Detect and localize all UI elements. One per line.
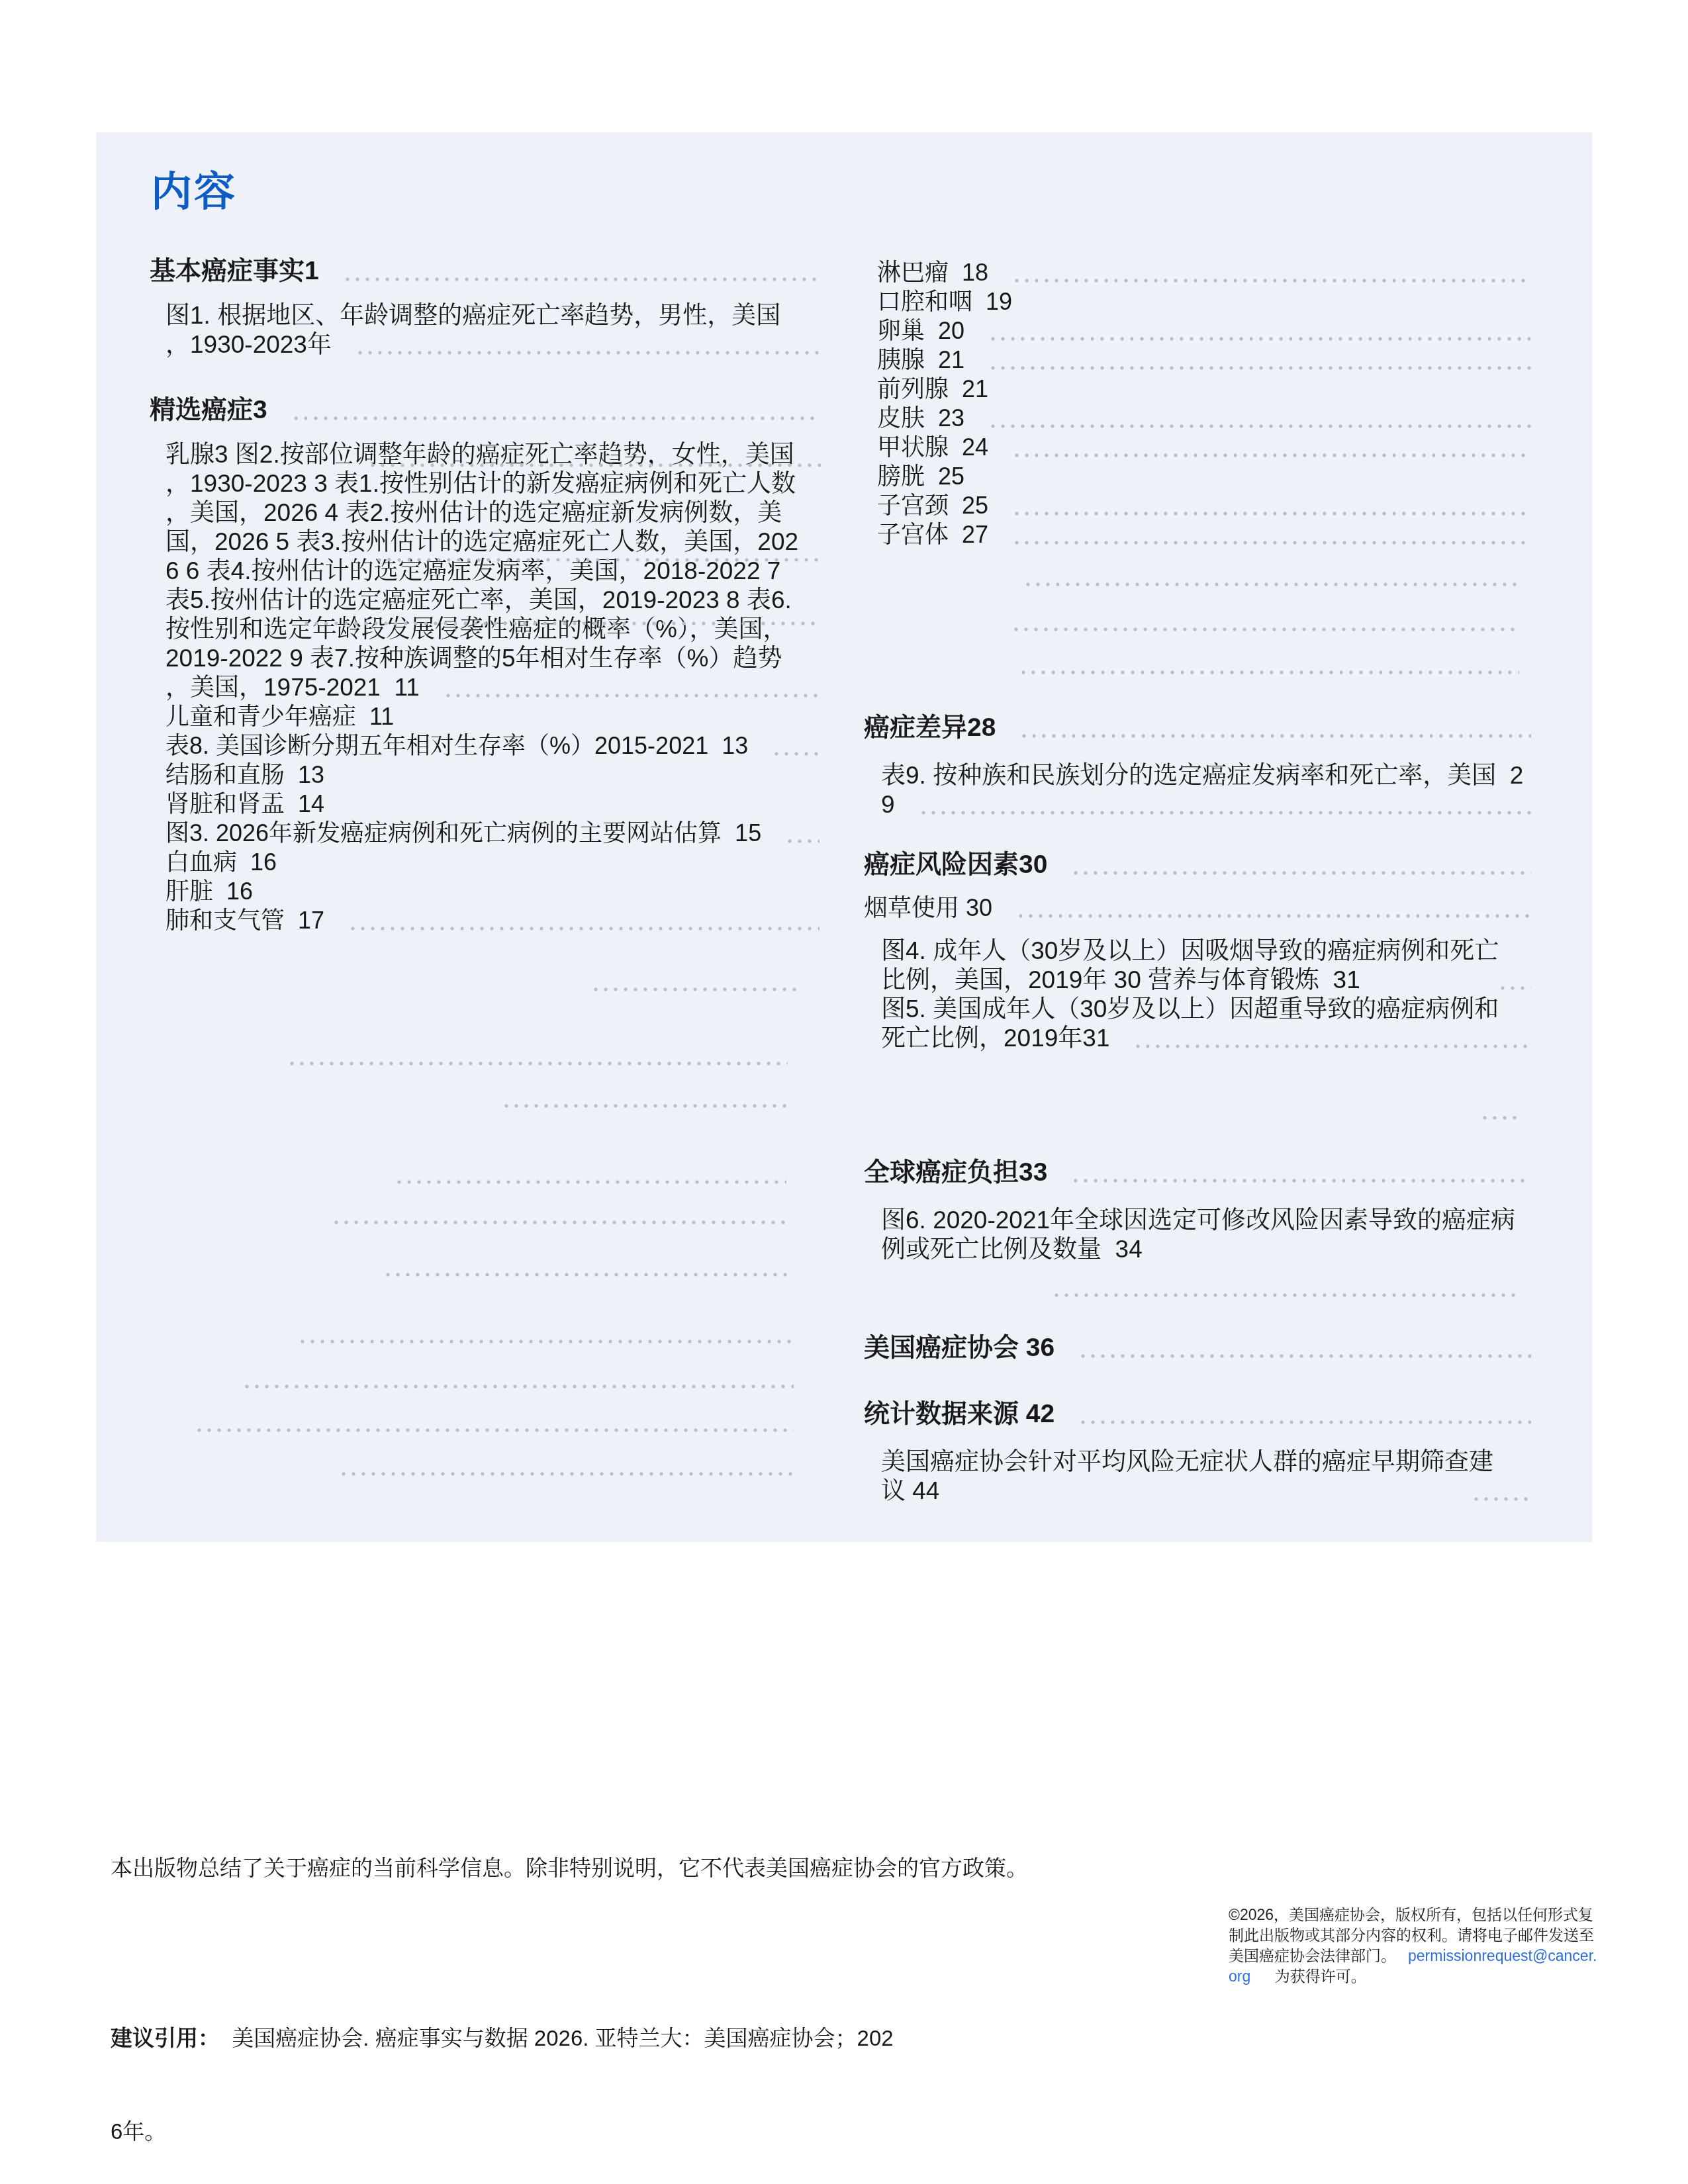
toc-entry-line: 例或死亡比例及数量 34 [881, 1235, 1532, 1264]
toc-left-column: 基本癌症事实1 图1. 根据地区、年龄调整的癌症死亡率趋势，男性，美国 ，193… [150, 257, 821, 1541]
dotted-strip [397, 1180, 786, 1184]
toc-section-acs[interactable]: 美国癌症协会 36 [864, 1334, 1532, 1363]
dotted-leader [1015, 453, 1531, 457]
copyright-line: org 为获得许可。 [1229, 1966, 1613, 1987]
toc-item-leukemia[interactable]: 白血病 16 [150, 848, 821, 877]
footer-citation: 建议引用： 美国癌症协会. 癌症事实与数据 2026. 亚特兰大：美国癌症协会；… [111, 1960, 894, 2178]
dotted-strip-zone [864, 549, 1532, 713]
toc-entry-line: 死亡比例，2019年31 [881, 1024, 1532, 1053]
dotted-leader [358, 351, 820, 355]
toc-item-oral-pharynx[interactable]: 口腔和咽 19 [864, 287, 1532, 316]
toc-entry-line: ，1930-2023 3 表1.按性别估计的新发癌症病例和死亡人数 [165, 469, 821, 498]
dotted-leader [1474, 1497, 1531, 1501]
dotted-strip [334, 1220, 788, 1224]
toc-entry-figure1[interactable]: 图1. 根据地区、年龄调整的癌症死亡率趋势，男性，美国 ，1930-2023年 [150, 301, 821, 359]
toc-entry-figure6[interactable]: 图6. 2020-2021年全球因选定可修改风险因素导致的癌症病 例或死亡比例及… [864, 1206, 1532, 1264]
toc-entry-screening-guidelines[interactable]: 美国癌症协会针对平均风险无症状人群的癌症早期筛查建 议 44 [864, 1447, 1532, 1506]
toc-item-table8[interactable]: 表8. 美国诊断分期五年相对生存率（%）2015-2021 13 [150, 731, 821, 760]
dotted-leader [1074, 1179, 1531, 1183]
dotted-strip [371, 463, 821, 467]
dotted-leader [1015, 279, 1531, 283]
dotted-leader [991, 424, 1531, 428]
dotted-leader [294, 416, 820, 420]
dotted-strip [197, 1428, 794, 1432]
toc-entry-line: 图4. 成年人（30岁及以上）因吸烟导致的癌症病例和死亡 [881, 936, 1532, 966]
footer-disclaimer: 本出版物总结了关于癌症的当前科学信息。除非特别说明，它不代表美国癌症协会的官方政… [111, 1853, 1028, 1884]
toc-right-column: 淋巴瘤 18 口腔和咽 19 卵巢 20 胰腺 21 前列腺 21 皮肤 23 … [864, 258, 1532, 1506]
toc-section-global-burden[interactable]: 全球癌症负担33 [864, 1158, 1532, 1187]
toc-item-prostate[interactable]: 前列腺 21 [864, 375, 1532, 404]
dotted-strip [504, 1104, 790, 1108]
footer-copyright: ©2026，美国癌症协会，版权所有，包括以任何形式复 制此出版物或其部分内容的权… [1229, 1905, 1613, 1987]
toc-item-lung[interactable]: 肺和支气管 17 [150, 906, 821, 935]
dotted-leader [774, 752, 820, 756]
toc-item-skin[interactable]: 皮肤 23 [864, 404, 1532, 433]
toc-entry-line: 表9. 按种族和民族划分的选定癌症发病率和死亡率，美国 2 [881, 761, 1532, 790]
toc-section-label: 基本癌症事实1 [150, 257, 319, 286]
dotted-leader [351, 927, 820, 931]
dotted-leader [446, 694, 820, 698]
toc-entry-line: 9 [881, 790, 1532, 819]
toc-entry-figure5[interactable]: 图5. 美国成年人（30岁及以上）因超重导致的癌症病例和 死亡比例，2019年3… [864, 995, 1532, 1053]
copyright-line: ©2026，美国癌症协会，版权所有，包括以任何形式复 [1229, 1905, 1613, 1925]
toc-item-bladder[interactable]: 膀胱 25 [864, 462, 1532, 491]
toc-item-figure3[interactable]: 图3. 2026年新发癌症病例和死亡病例的主要网站估算 15 [150, 819, 821, 848]
dotted-strip [342, 1472, 794, 1476]
toc-entry-line: 比例，美国，2019年 30 营养与体育锻炼 31 [881, 966, 1532, 995]
dotted-leader [1074, 871, 1531, 875]
citation-label: 建议引用： [111, 2026, 220, 2050]
dotted-leader [921, 811, 1531, 815]
citation-line: 6年。 [111, 2116, 894, 2147]
dotted-strip [305, 621, 821, 625]
toc-item-liver[interactable]: 肝脏 16 [150, 877, 821, 906]
toc-item-uterine-corpus[interactable]: 子宫体 27 [864, 520, 1532, 549]
dotted-leader [1136, 1044, 1531, 1048]
dotted-leader [788, 839, 820, 843]
dotted-strip [301, 1340, 794, 1343]
toc-item-children-cancer[interactable]: 儿童和青少年癌症 11 [150, 702, 821, 731]
toc-entry-line: 表5.按州估计的选定癌症死亡率，美国，2019-2023 8 表6. [165, 586, 821, 615]
dotted-strip [290, 1062, 788, 1066]
copyright-line: 美国癌症协会法律部门。permissionrequest@cancer. [1229, 1946, 1613, 1966]
dotted-leader [1081, 1420, 1531, 1424]
toc-entry-table9[interactable]: 表9. 按种族和民族划分的选定癌症发病率和死亡率，美国 2 9 [864, 761, 1532, 819]
toc-entry-line: 图6. 2020-2021年全球因选定可修改风险因素导致的癌症病 [881, 1206, 1532, 1235]
toc-entry-line: 按性别和选定年龄段发展侵袭性癌症的概率（%），美国， [165, 615, 821, 644]
toc-section-statistic-sources[interactable]: 统计数据来源 42 [864, 1400, 1532, 1429]
dotted-leader [1015, 512, 1531, 516]
dotted-leader [346, 277, 820, 281]
toc-entry-line: 2019-2022 9 表7.按种族调整的5年相对生存率（%）趋势 [165, 644, 821, 673]
dotted-strip-zone [864, 1264, 1532, 1317]
dotted-leader [1022, 734, 1531, 738]
dotted-leader [1019, 914, 1531, 918]
dotted-strip [1014, 627, 1519, 631]
toc-entry-line: 议 44 [881, 1477, 1532, 1506]
toc-entry-line: ，1930-2023年 [165, 330, 821, 359]
toc-entry-line: 图5. 美国成年人（30岁及以上）因超重导致的癌症病例和 [881, 995, 1532, 1024]
toc-section-label: 精选癌症3 [150, 396, 267, 425]
dotted-strip [386, 1273, 788, 1277]
page-title: 内容 [151, 171, 237, 214]
permission-email-link[interactable]: org [1229, 1968, 1250, 1985]
toc-item-cervix[interactable]: 子宫颈 25 [864, 491, 1532, 520]
toc-entry-line: ，美国，1975-2021 11 [165, 673, 821, 702]
toc-section-disparities[interactable]: 癌症差异28 [864, 713, 1532, 743]
toc-section-label: 癌症风险因素30 [864, 850, 1047, 880]
dotted-leader [991, 337, 1531, 341]
copyright-line: 制此出版物或其部分内容的权利。请将电子邮件发送至 [1229, 1925, 1613, 1946]
permission-email-link[interactable]: permissionrequest@cancer. [1408, 1947, 1597, 1964]
toc-section-label: 全球癌症负担33 [864, 1158, 1047, 1187]
toc-entry-figure4[interactable]: 图4. 成年人（30岁及以上）因吸烟导致的癌症病例和死亡 比例，美国，2019年… [864, 936, 1532, 995]
toc-section-label: 统计数据来源 42 [864, 1400, 1055, 1429]
toc-entries-paragraph[interactable]: 乳腺3 图2.按部位调整年龄的癌症死亡率趋势，女性，美国 ，1930-2023 … [150, 440, 821, 702]
dotted-leader [991, 366, 1531, 370]
dotted-strip [245, 1385, 794, 1388]
toc-item-thyroid[interactable]: 甲状腺 24 [864, 433, 1532, 462]
dotted-strip [1055, 1293, 1519, 1297]
toc-entry-line: 图1. 根据地区、年龄调整的癌症死亡率趋势，男性，美国 [165, 301, 821, 330]
dotted-leader [1081, 1354, 1531, 1358]
dotted-strip [594, 987, 801, 991]
dotted-strip [1026, 582, 1519, 586]
toc-item-colorectal[interactable]: 结肠和直肠 13 [150, 760, 821, 790]
toc-item-kidney[interactable]: 肾脏和肾盂 14 [150, 790, 821, 819]
dotted-leader [1501, 986, 1531, 990]
toc-entry-line: ，美国，2026 4 表2.按州估计的选定癌症新发病例数，美 [165, 498, 821, 527]
dotted-strip-zone [864, 1053, 1532, 1132]
dotted-strip [377, 558, 821, 562]
toc-section-risk-factors[interactable]: 癌症风险因素30 [864, 850, 1532, 880]
toc-entry-line: 国，2026 5 表3.按州估计的选定癌症死亡人数，美国，202 [165, 527, 821, 557]
dotted-strip [1021, 670, 1519, 674]
dotted-strip-zone [150, 935, 821, 1541]
dotted-strip [1483, 1116, 1519, 1120]
citation-line: 建议引用： 美国癌症协会. 癌症事实与数据 2026. 亚特兰大：美国癌症协会；… [111, 2023, 894, 2054]
toc-section-label: 美国癌症协会 36 [864, 1334, 1055, 1363]
toc-item-lymphoma[interactable]: 淋巴瘤 18 [864, 258, 1532, 287]
dotted-leader [1015, 541, 1531, 545]
toc-section-label: 癌症差异28 [864, 713, 996, 743]
toc-item-pancreas[interactable]: 胰腺 21 [864, 345, 1532, 375]
toc-item-tobacco[interactable]: 烟草使用 30 [864, 893, 1532, 923]
toc-section-basic-facts[interactable]: 基本癌症事实1 [150, 257, 821, 286]
toc-item-ovary[interactable]: 卵巢 20 [864, 316, 1532, 345]
toc-entry-line: 美国癌症协会针对平均风险无症状人群的癌症早期筛查建 [881, 1447, 1532, 1477]
toc-section-selected-cancers[interactable]: 精选癌症3 [150, 396, 821, 425]
